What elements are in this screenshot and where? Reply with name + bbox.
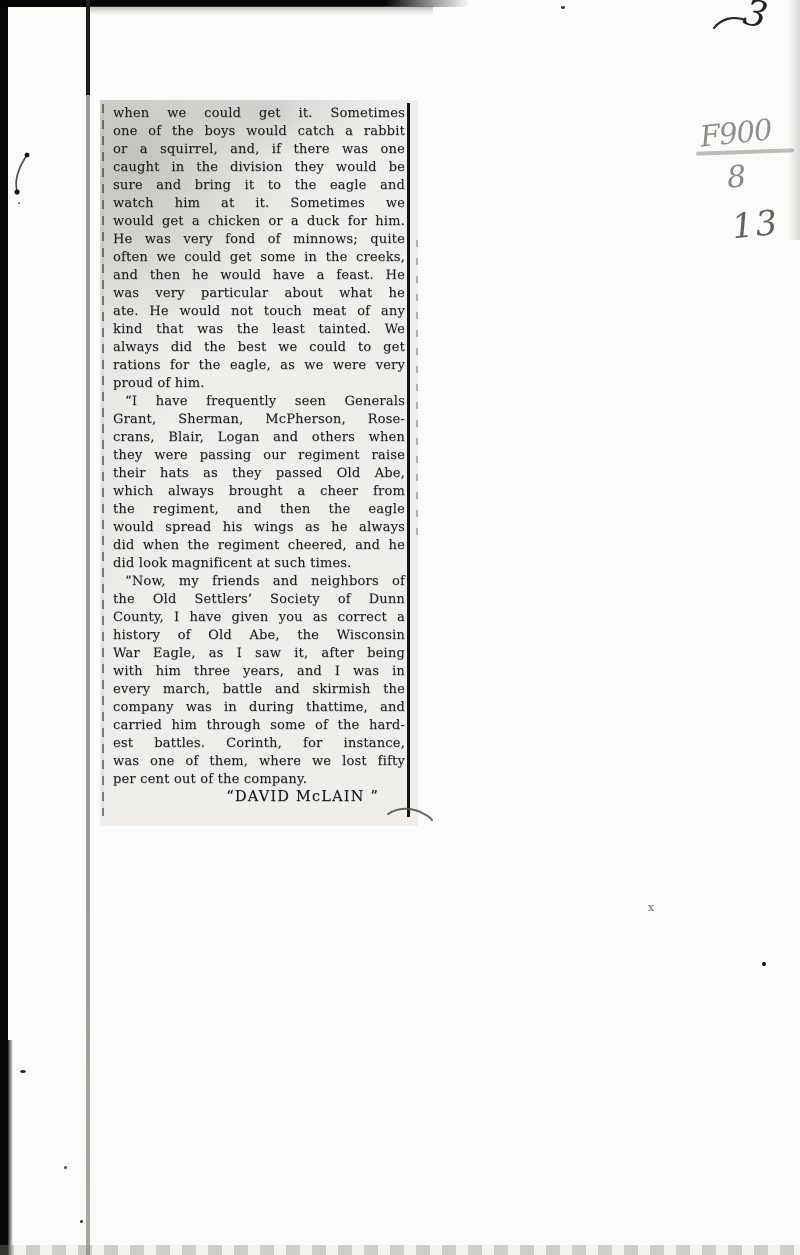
clipping-line: “I have frequently seen Generals bbox=[113, 393, 405, 411]
scanned-page: { "page": { "background_color": "#fbfbf9… bbox=[0, 0, 800, 1255]
newspaper-clipping: when we could get it. Sometimesone of th… bbox=[100, 100, 418, 826]
clipping-line: ate. He would not touch meat of any bbox=[113, 303, 405, 321]
clipping-line: “Now, my friends and neighbors of bbox=[113, 573, 405, 591]
clipping-line: would spread his wings as he always bbox=[113, 519, 405, 537]
clipping-line: company was in during thattime, and bbox=[113, 699, 405, 717]
clipping-line: they were passing our regiment raise bbox=[113, 447, 405, 465]
clipping-line: their hats as they passed Old Abe, bbox=[113, 465, 405, 483]
scan-top-fuzz bbox=[88, 6, 433, 15]
clipping-line: often we could get some in the creeks, bbox=[113, 249, 405, 267]
clipping-line: rations for the eagle, as we were very bbox=[113, 357, 405, 375]
clipping-line: the regiment, and then the eagle bbox=[113, 501, 405, 519]
page-fold-line bbox=[86, 0, 90, 1255]
clipping-line: with him three years, and I was in bbox=[113, 663, 405, 681]
handwritten-number-13: 13 bbox=[730, 203, 781, 248]
ink-speck bbox=[762, 962, 766, 966]
clipping-line: watch him at it. Sometimes we bbox=[113, 195, 405, 213]
clipping-cut-edge bbox=[102, 104, 104, 816]
column-rule bbox=[407, 103, 410, 817]
bottom-fuzz bbox=[0, 1245, 800, 1255]
clipping-line: every march, battle and skirmish the bbox=[113, 681, 405, 699]
clipping-line: when we could get it. Sometimes bbox=[113, 105, 405, 123]
ink-speck bbox=[561, 6, 565, 9]
clipping-line: always did the best we could to get bbox=[113, 339, 405, 357]
handwritten-number-8: 8 bbox=[726, 159, 748, 196]
clipping-line: War Eagle, as I saw it, after being bbox=[113, 645, 405, 663]
clipping-line: the Old Settlers’ Society of Dunn bbox=[113, 591, 405, 609]
clipping-line: history of Old Abe, the Wisconsin bbox=[113, 627, 405, 645]
clipping-line: He was very fond of minnows; quite bbox=[113, 231, 405, 249]
clipping-line: would get a chicken or a duck for him. bbox=[113, 213, 405, 231]
clipping-line: carried him through some of the hard- bbox=[113, 717, 405, 735]
handwritten-call-number: F900 bbox=[698, 112, 773, 153]
signature: “DAVID McLAIN ” bbox=[113, 789, 393, 805]
clipping-line: est battles. Corinth, for instance, bbox=[113, 735, 405, 753]
clipping-line: did look magnificent at such times. bbox=[113, 555, 405, 573]
clipping-line: proud of him. bbox=[113, 375, 405, 393]
ink-speck bbox=[80, 1220, 83, 1223]
ink-speck bbox=[20, 1070, 26, 1073]
clipping-line: was very particular about what he bbox=[113, 285, 405, 303]
clipping-line: caught in the division they would be bbox=[113, 159, 405, 177]
handwritten-page-number: 3 bbox=[740, 0, 771, 37]
clipping-line: per cent out of the company. bbox=[113, 771, 405, 789]
clipping-line: one of the boys would catch a rabbit bbox=[113, 123, 405, 141]
right-edge-fuzz bbox=[788, 0, 800, 240]
clipping-line: and then he would have a feast. He bbox=[113, 267, 405, 285]
ink-speck bbox=[64, 1166, 67, 1169]
clipping-line: was one of them, where we lost fifty bbox=[113, 753, 405, 771]
pen-mark-left-margin bbox=[10, 150, 38, 204]
pen-swash bbox=[386, 800, 434, 824]
clipping-line: Grant, Sherman, McPherson, Rose- bbox=[113, 411, 405, 429]
clipping-line: sure and bring it to the eagle and bbox=[113, 177, 405, 195]
clipping-line: crans, Blair, Logan and others when bbox=[113, 429, 405, 447]
clipping-text: when we could get it. Sometimesone of th… bbox=[113, 105, 405, 789]
outer-column-rule-remnant bbox=[416, 240, 418, 540]
clipping-line: which always brought a cheer from bbox=[113, 483, 405, 501]
clipping-line: County, I have given you as correct a bbox=[113, 609, 405, 627]
clipping-line: did when the regiment cheered, and he bbox=[113, 537, 405, 555]
handwritten-x-mark: x bbox=[648, 901, 654, 914]
clipping-line: kind that was the least tainted. We bbox=[113, 321, 405, 339]
clipping-line: or a squirrel, and, if there was one bbox=[113, 141, 405, 159]
scan-edge-left-lower bbox=[0, 1040, 13, 1255]
